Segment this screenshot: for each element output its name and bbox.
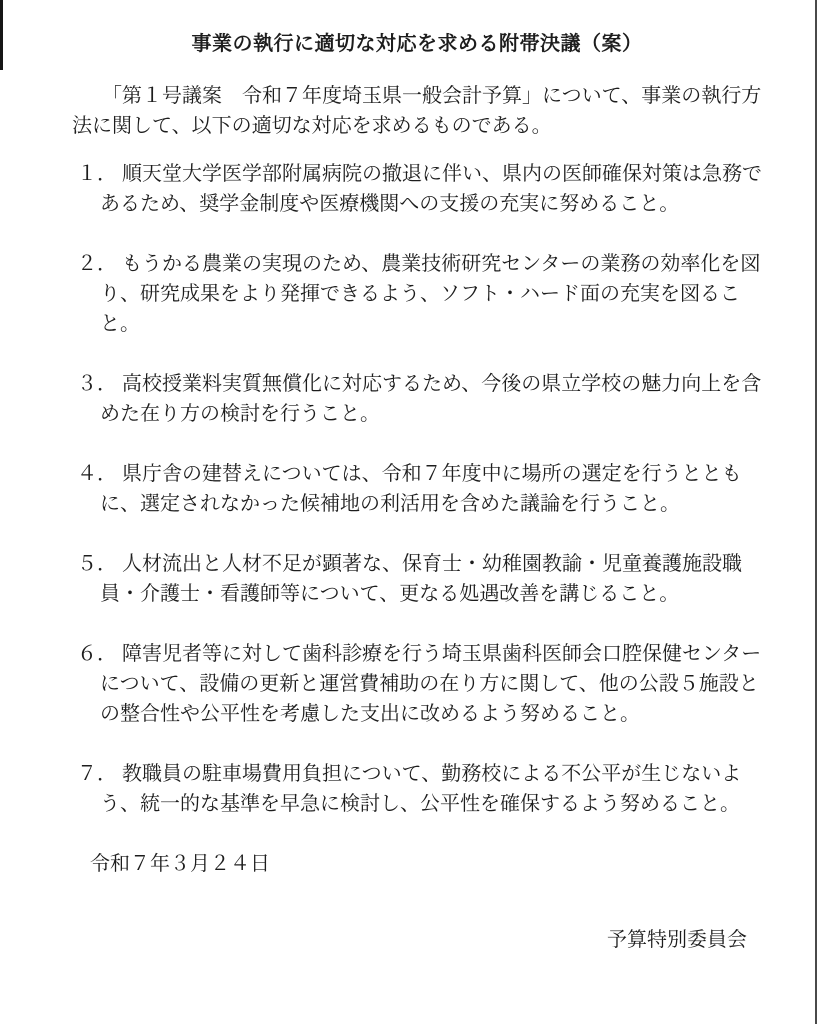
item-line: う、統一的な基準を早急に検討し、公平性を確保するよう努めること。 xyxy=(100,789,762,819)
document-page: 事業の執行に適切な対応を求める附帯決議（案） 「第１号議案 令和７年度埼玉県一般… xyxy=(0,0,820,1024)
resolution-item-4: ４．県庁舎の建替えについては、令和７年度中に場所の選定を行うととも に、選定され… xyxy=(72,459,762,519)
resolution-item-3: ３．高校授業料実質無償化に対応するため、今後の県立学校の魅力向上を含 めた在り方… xyxy=(72,369,762,429)
item-number: ７． xyxy=(77,759,122,789)
item-text: 障害児者等に対して歯科診療を行う埼玉県歯科医師会口腔保健センター xyxy=(122,643,761,665)
item-number: ３． xyxy=(77,369,122,399)
item-line: と。 xyxy=(100,309,762,339)
resolution-item-5: ５．人材流出と人材不足が顕著な、保育士・幼稚園教諭・児童養護施設職 員・介護士・… xyxy=(72,549,762,609)
item-line: あるため、奨学金制度や医療機関への支援の充実に努めること。 xyxy=(100,189,762,219)
item-number: ４． xyxy=(77,459,122,489)
item-text: 高校授業料実質無償化に対応するため、今後の県立学校の魅力向上を含 xyxy=(122,373,761,395)
scan-artifact-right xyxy=(815,0,817,1024)
item-text: 人材流出と人材不足が顕著な、保育士・幼稚園教諭・児童養護施設職 xyxy=(122,553,742,575)
item-line: ５．人材流出と人材不足が顕著な、保育士・幼稚園教諭・児童養護施設職 xyxy=(72,549,762,579)
item-line: ６．障害児者等に対して歯科診療を行う埼玉県歯科医師会口腔保健センター xyxy=(72,639,762,669)
item-text: 教職員の駐車場費用負担について、勤務校による不公平が生じないよ xyxy=(122,763,741,785)
intro-line: 「第１号議案 令和７年度埼玉県一般会計予算」について、事業の執行方 xyxy=(72,81,762,111)
item-line: り、研究成果をより発揮できるよう、ソフト・ハード面の充実を図るこ xyxy=(100,279,762,309)
item-number: ２． xyxy=(77,249,122,279)
item-line: ７．教職員の駐車場費用負担について、勤務校による不公平が生じないよ xyxy=(72,759,762,789)
item-number: ６． xyxy=(77,639,122,669)
item-line: に、選定されなかった候補地の利活用を含めた議論を行うこと。 xyxy=(100,489,762,519)
document-content: 事業の執行に適切な対応を求める附帯決議（案） 「第１号議案 令和７年度埼玉県一般… xyxy=(72,33,762,955)
item-number: ５． xyxy=(77,549,122,579)
item-line: めた在り方の検討を行うこと。 xyxy=(100,399,762,429)
resolution-item-1: １．順天堂大学医学部附属病院の撤退に伴い、県内の医師確保対策は急務で あるため、… xyxy=(72,159,762,219)
item-line: ４．県庁舎の建替えについては、令和７年度中に場所の選定を行うととも xyxy=(72,459,762,489)
item-number: １． xyxy=(77,159,122,189)
scan-artifact-left xyxy=(0,0,3,70)
item-line: １．順天堂大学医学部附属病院の撤退に伴い、県内の医師確保対策は急務で xyxy=(72,159,762,189)
intro-paragraph: 「第１号議案 令和７年度埼玉県一般会計予算」について、事業の執行方 法に関して、… xyxy=(72,81,762,141)
item-line: 員・介護士・看護師等について、更なる処遇改善を講じること。 xyxy=(100,579,762,609)
item-line: について、設備の更新と運営費補助の在り方に関して、他の公設５施設と xyxy=(100,669,762,699)
item-text: 順天堂大学医学部附属病院の撤退に伴い、県内の医師確保対策は急務で xyxy=(122,163,762,185)
item-text: 県庁舎の建替えについては、令和７年度中に場所の選定を行うととも xyxy=(122,463,742,485)
resolution-item-6: ６．障害児者等に対して歯科診療を行う埼玉県歯科医師会口腔保健センター について、… xyxy=(72,639,762,729)
item-line: ２．もうかる農業の実現のため、農業技術研究センターの業務の効率化を図 xyxy=(72,249,762,279)
document-title: 事業の執行に適切な対応を求める附帯決議（案） xyxy=(72,33,762,56)
document-date: 令和７年３月２４日 xyxy=(72,849,762,879)
resolution-item-7: ７．教職員の駐車場費用負担について、勤務校による不公平が生じないよ う、統一的な… xyxy=(72,759,762,819)
item-line: ３．高校授業料実質無償化に対応するため、今後の県立学校の魅力向上を含 xyxy=(72,369,762,399)
resolution-item-2: ２．もうかる農業の実現のため、農業技術研究センターの業務の効率化を図 り、研究成… xyxy=(72,249,762,339)
item-line: の整合性や公平性を考慮した支出に改めるよう努めること。 xyxy=(100,699,762,729)
intro-line: 法に関して、以下の適切な対応を求めるものである。 xyxy=(72,111,762,141)
item-text: もうかる農業の実現のため、農業技術研究センターの業務の効率化を図 xyxy=(122,253,760,275)
committee-signature: 予算特別委員会 xyxy=(72,925,762,955)
